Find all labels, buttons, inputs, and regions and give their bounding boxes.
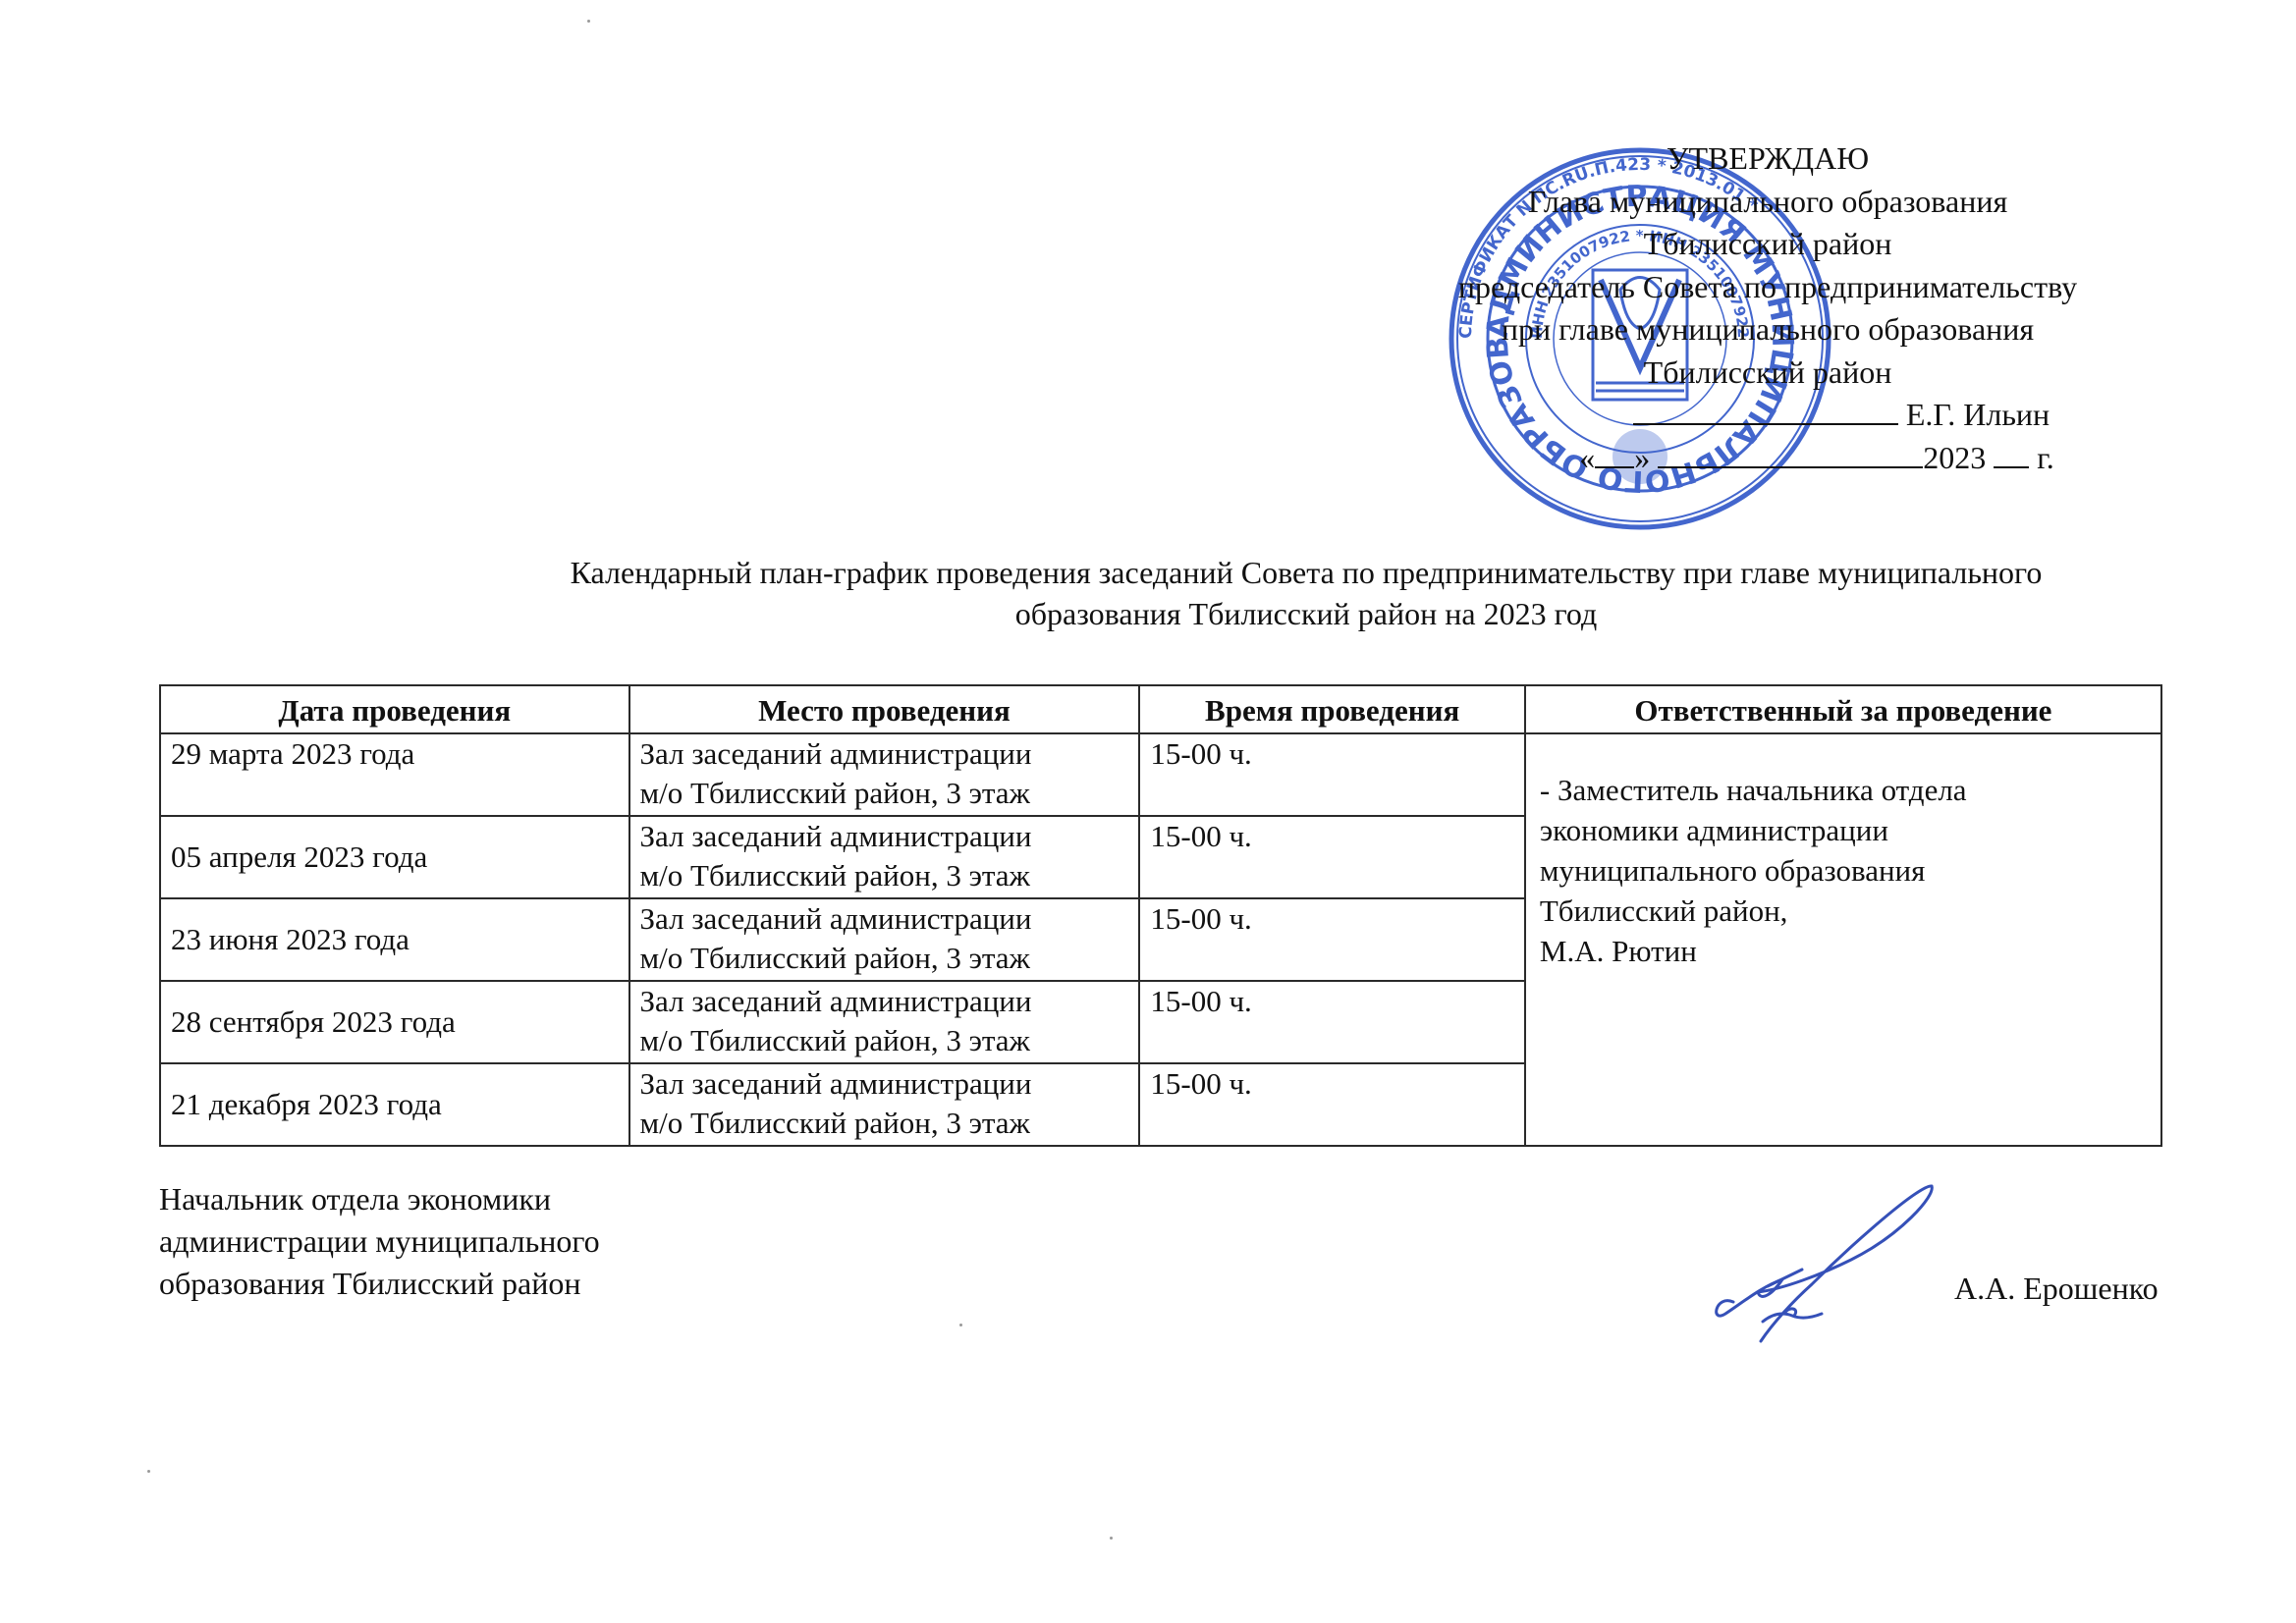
scan-speck xyxy=(147,1470,150,1473)
cell-place: Зал заседаний администрациим/о Тбилисски… xyxy=(629,816,1140,898)
cell-place: Зал заседаний администрациим/о Тбилисски… xyxy=(629,733,1140,816)
approval-line: председатель Совета по предпринимательст… xyxy=(1355,266,2180,309)
cell-date: 29 марта 2023 года xyxy=(160,733,629,816)
close-quote: » xyxy=(1634,440,1650,475)
schedule-table: Дата проведения Место проведения Время п… xyxy=(159,684,2162,1147)
approval-signature-line: Е.Г. Ильин xyxy=(1355,394,2180,437)
responsible-line: экономики администрации xyxy=(1540,810,2151,850)
approval-line: Глава муниципального образования xyxy=(1355,181,2180,224)
footer-position-line: администрации муниципального xyxy=(159,1220,600,1263)
approval-block: УТВЕРЖДАЮ Глава муниципального образован… xyxy=(1355,137,2180,479)
header-responsible: Ответственный за проведение xyxy=(1525,685,2161,733)
table-row: 29 марта 2023 года Зал заседаний админис… xyxy=(160,733,2161,816)
table-header-row: Дата проведения Место проведения Время п… xyxy=(160,685,2161,733)
cell-place: Зал заседаний администрациим/о Тбилисски… xyxy=(629,1063,1140,1146)
approval-date-line: «» 2023 г. xyxy=(1355,437,2180,480)
header-place: Место проведения xyxy=(629,685,1140,733)
approval-line: при главе муниципального образования xyxy=(1355,308,2180,352)
footer-position-line: Начальник отдела экономики xyxy=(159,1178,600,1220)
handwritten-signature xyxy=(1704,1176,1940,1353)
footer-signatory-name: А.А. Ерошенко xyxy=(1954,1268,2159,1310)
approval-heading: УТВЕРЖДАЮ xyxy=(1355,137,2180,181)
scan-speck xyxy=(959,1324,962,1326)
cell-place: Зал заседаний администрациим/о Тбилисски… xyxy=(629,898,1140,981)
cell-date: 23 июня 2023 года xyxy=(160,898,629,981)
document-title: Календарный план-график проведения засед… xyxy=(373,552,2239,634)
footer-position-line: образования Тбилисский район xyxy=(159,1263,600,1305)
approval-year: 2023 xyxy=(1923,440,1986,475)
approval-line: Тбилисский район xyxy=(1355,352,2180,395)
place-line: м/о Тбилисский район, 3 этаж xyxy=(640,939,1129,978)
scan-speck xyxy=(587,20,590,23)
approval-year-suffix: г. xyxy=(2037,440,2054,475)
place-line: Зал заседаний администрации xyxy=(640,982,1129,1021)
place-line: м/о Тбилисский район, 3 этаж xyxy=(640,1021,1129,1060)
cell-date: 28 сентября 2023 года xyxy=(160,981,629,1063)
cell-date: 21 декабря 2023 года xyxy=(160,1063,629,1146)
place-line: Зал заседаний администрации xyxy=(640,734,1129,774)
open-quote: « xyxy=(1579,440,1595,475)
place-line: Зал заседаний администрации xyxy=(640,1064,1129,1104)
header-date: Дата проведения xyxy=(160,685,629,733)
title-line-1: Календарный план-график проведения засед… xyxy=(373,552,2239,593)
cell-date: 05 апреля 2023 года xyxy=(160,816,629,898)
cell-responsible: - Заместитель начальника отдела экономик… xyxy=(1525,733,2161,1146)
approval-line: Тбилисский район xyxy=(1355,223,2180,266)
place-line: м/о Тбилисский район, 3 этаж xyxy=(640,774,1129,813)
responsible-line: Тбилисский район, xyxy=(1540,891,2151,931)
place-line: Зал заседаний администрации xyxy=(640,899,1129,939)
responsible-line: муниципального образования xyxy=(1540,850,2151,891)
cell-time: 15-00 ч. xyxy=(1139,898,1524,981)
approval-signatory: Е.Г. Ильин xyxy=(1906,397,2050,432)
responsible-line: М.А. Рютин xyxy=(1540,931,2151,971)
footer-position: Начальник отдела экономики администрации… xyxy=(159,1178,600,1305)
cell-time: 15-00 ч. xyxy=(1139,816,1524,898)
header-time: Время проведения xyxy=(1139,685,1524,733)
cell-time: 15-00 ч. xyxy=(1139,1063,1524,1146)
cell-time: 15-00 ч. xyxy=(1139,981,1524,1063)
cell-time: 15-00 ч. xyxy=(1139,733,1524,816)
cell-place: Зал заседаний администрациим/о Тбилисски… xyxy=(629,981,1140,1063)
responsible-line: - Заместитель начальника отдела xyxy=(1540,770,2151,810)
place-line: м/о Тбилисский район, 3 этаж xyxy=(640,1104,1129,1143)
place-line: м/о Тбилисский район, 3 этаж xyxy=(640,856,1129,895)
title-line-2: образования Тбилисский район на 2023 год xyxy=(373,593,2239,634)
place-line: Зал заседаний администрации xyxy=(640,817,1129,856)
scan-speck xyxy=(1110,1537,1113,1540)
